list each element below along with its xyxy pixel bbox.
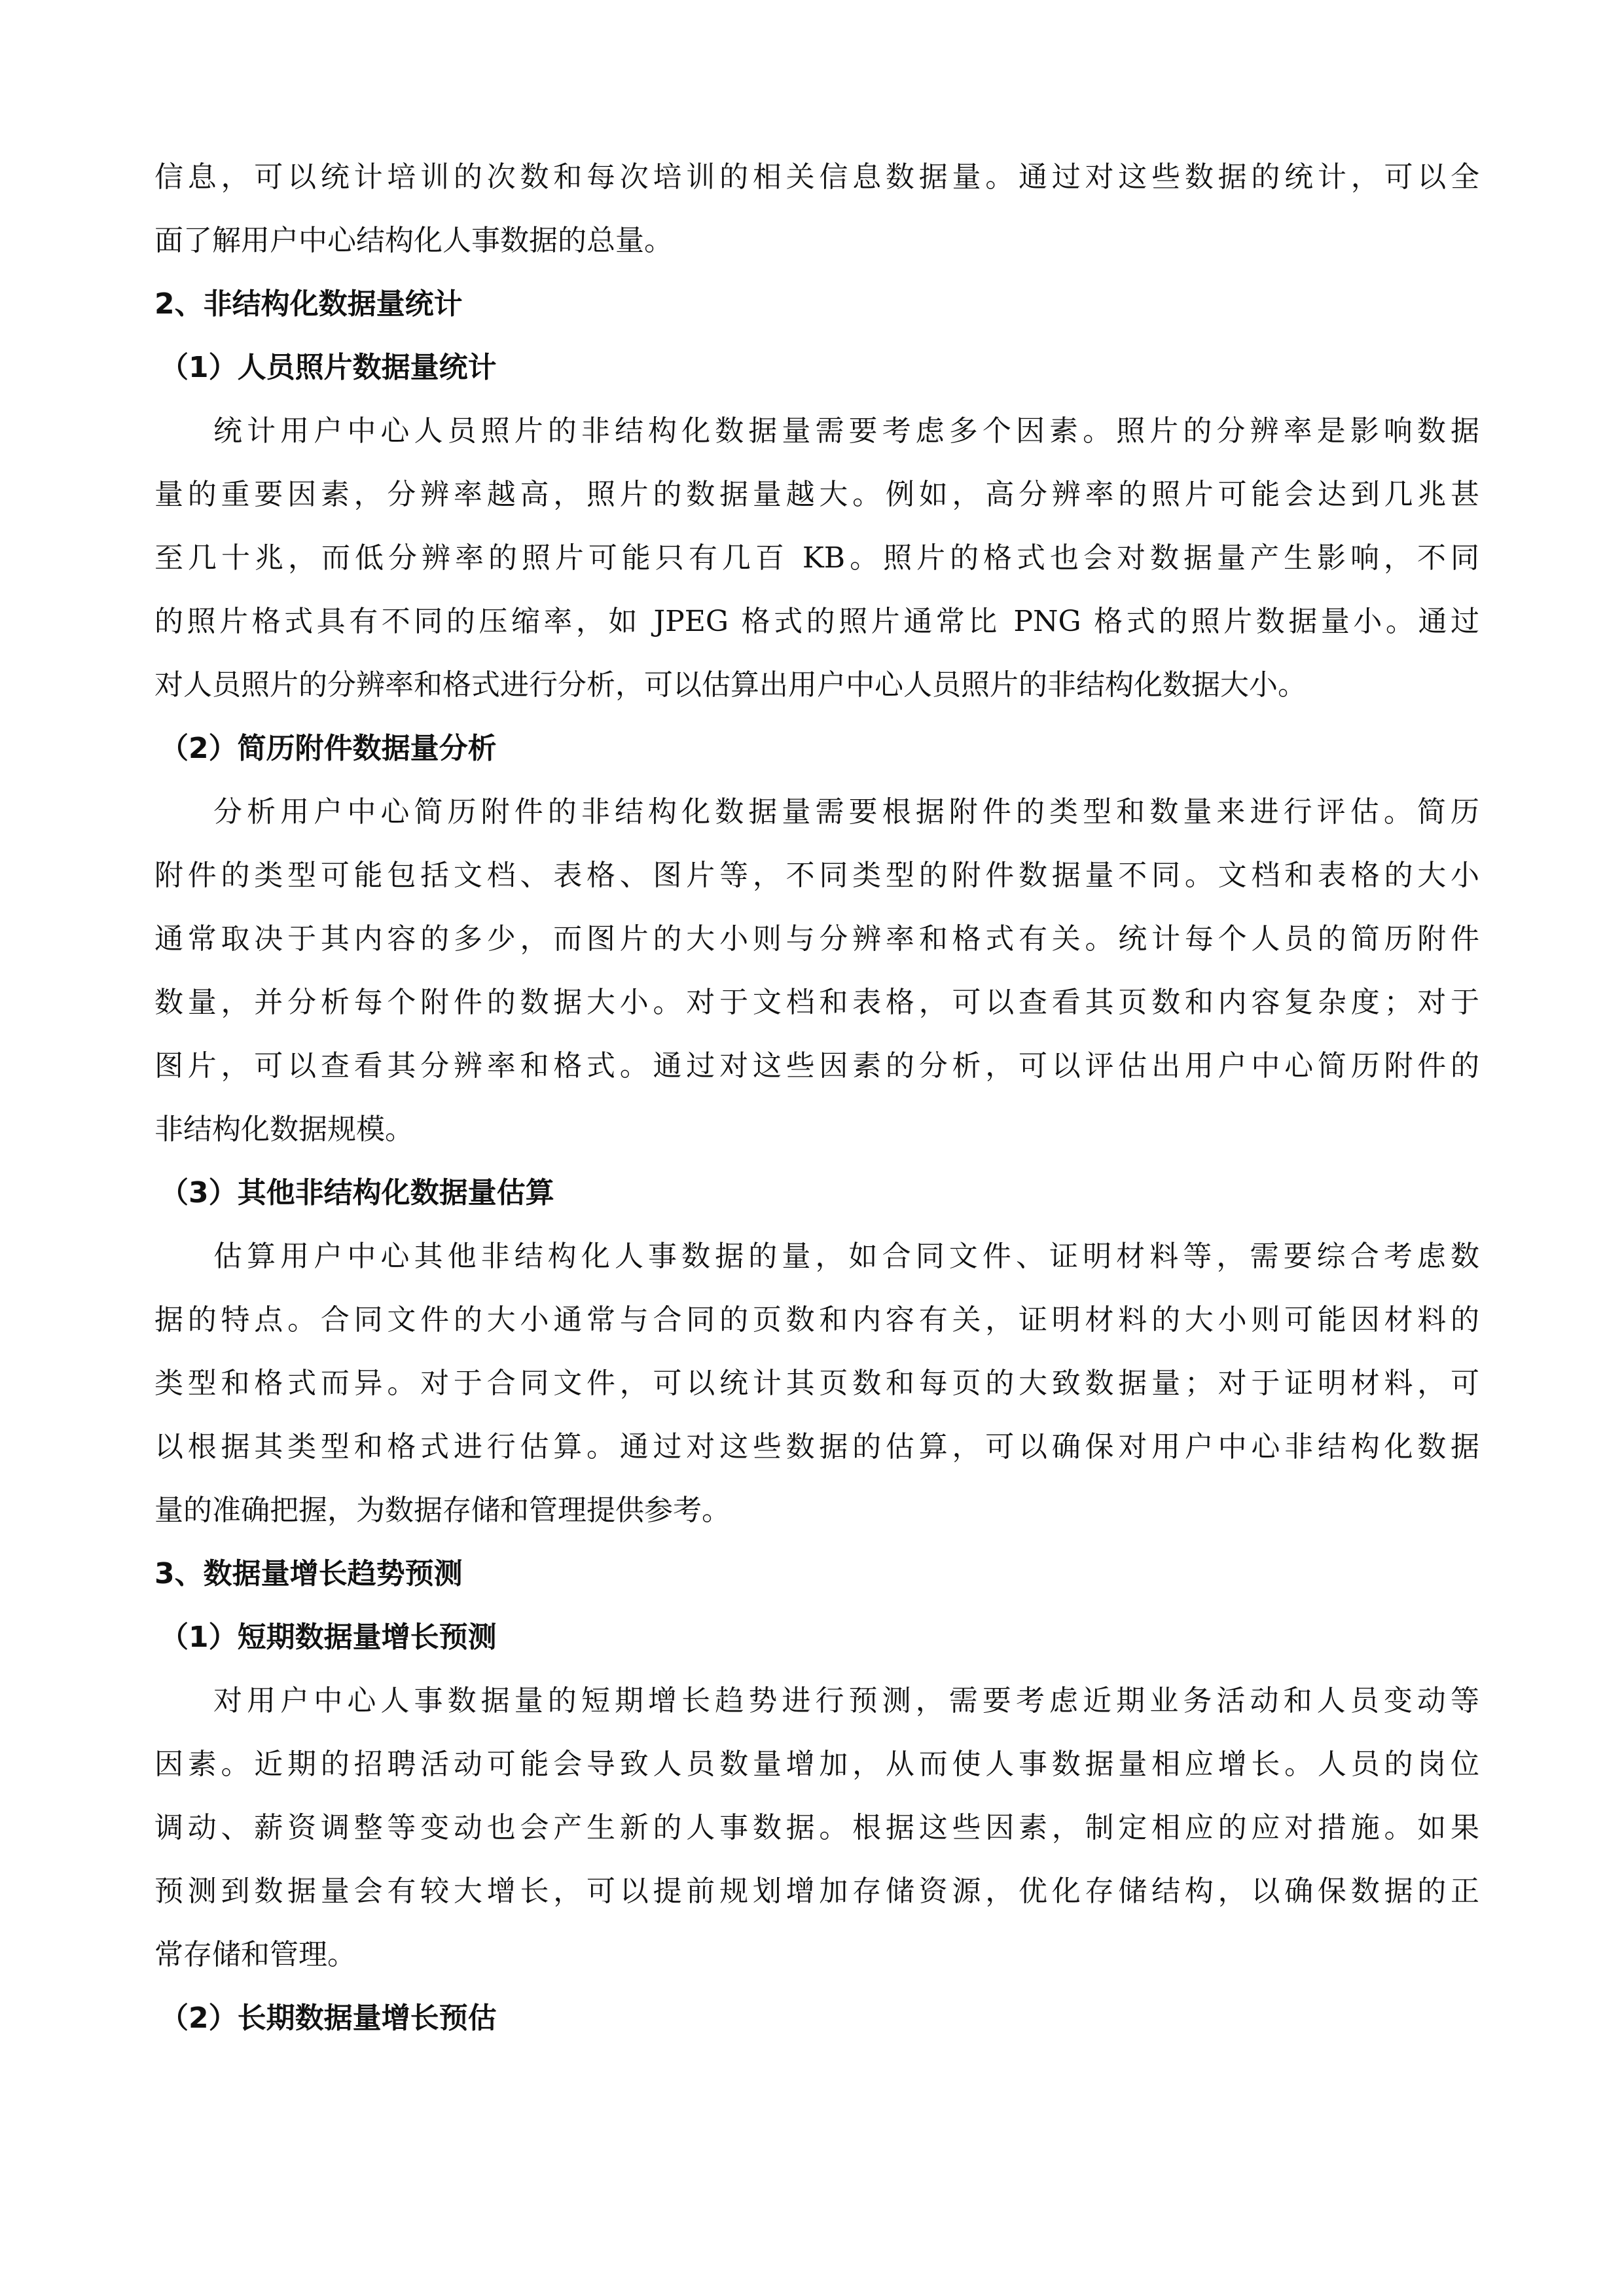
text-line: 对用户中心人事数据量的短期增长趋势进行预测，需要考虑近期业务活动和人员变动等 [154,1669,1479,1732]
text-line: 量的准确把握，为数据存储和管理提供参考。 [154,1479,1479,1542]
paragraph-other-unstructured-data: 估算用户中心其他非结构化人事数据的量，如合同文件、证明材料等，需要综合考虑数 据… [154,1225,1479,1542]
subheading-resume-attachments: （2）简历附件数据量分析 [154,717,1479,780]
paragraph-resume-attachments: 分析用户中心简历附件的非结构化数据量需要根据附件的类型和数量来进行评估。简历 附… [154,780,1479,1161]
subheading-long-term-growth: （2）长期数据量增长预估 [154,1986,1479,2050]
text-line: 调动、薪资调整等变动也会产生新的人事数据。根据这些因素，制定相应的应对措施。如果 [154,1796,1479,1859]
subheading-photo-data: （1）人员照片数据量统计 [154,336,1479,399]
text-line: 常存储和管理。 [154,1923,1479,1986]
subheading-other-unstructured-data: （3）其他非结构化数据量估算 [154,1161,1479,1225]
text-line: 据的特点。合同文件的大小通常与合同的页数和内容有关，证明材料的大小则可能因材料的 [154,1288,1479,1352]
text-line: 分析用户中心简历附件的非结构化数据量需要根据附件的类型和数量来进行评估。简历 [154,780,1479,844]
text-line: 附件的类型可能包括文档、表格、图片等，不同类型的附件数据量不同。文档和表格的大小 [154,844,1479,907]
text-line: 类型和格式而异。对于合同文件，可以统计其页数和每页的大致数据量；对于证明材料，可 [154,1352,1479,1415]
text-line: 对人员照片的分辨率和格式进行分析，可以估算出用户中心人员照片的非结构化数据大小。 [154,653,1479,717]
text-line: 非结构化数据规模。 [154,1098,1479,1161]
section-heading-unstructured-data: 2、非结构化数据量统计 [154,272,1479,336]
text-line: 量的重要因素，分辨率越高，照片的数据量越大。例如，高分辨率的照片可能会达到几兆甚 [154,463,1479,526]
text-line: 至几十兆，而低分辨率的照片可能只有几百 KB。照片的格式也会对数据量产生影响，不… [154,526,1479,590]
text-line: 信息，可以统计培训的次数和每次培训的相关信息数据量。通过对这些数据的统计，可以全 [154,145,1479,209]
paragraph-photo-data: 统计用户中心人员照片的非结构化数据量需要考虑多个因素。照片的分辨率是影响数据 量… [154,399,1479,717]
text-line: 因素。近期的招聘活动可能会导致人员数量增加，从而使人事数据量相应增长。人员的岗位 [154,1732,1479,1796]
section-heading-growth-forecast: 3、数据量增长趋势预测 [154,1542,1479,1605]
document-page: 信息，可以统计培训的次数和每次培训的相关信息数据量。通过对这些数据的统计，可以全… [154,145,1479,2050]
text-line: 以根据其类型和格式进行估算。通过对这些数据的估算，可以确保对用户中心非结构化数据 [154,1415,1479,1479]
text-line: 估算用户中心其他非结构化人事数据的量，如合同文件、证明材料等，需要综合考虑数 [154,1225,1479,1288]
subheading-short-term-growth: （1）短期数据量增长预测 [154,1605,1479,1669]
text-line: 面了解用户中心结构化人事数据的总量。 [154,209,1479,272]
text-line: 的照片格式具有不同的压缩率，如 JPEG 格式的照片通常比 PNG 格式的照片数… [154,590,1479,653]
text-line: 统计用户中心人员照片的非结构化数据量需要考虑多个因素。照片的分辨率是影响数据 [154,399,1479,463]
text-line: 数量，并分析每个附件的数据大小。对于文档和表格，可以查看其页数和内容复杂度；对于 [154,971,1479,1034]
text-line: 预测到数据量会有较大增长，可以提前规划增加存储资源，优化存储结构，以确保数据的正 [154,1859,1479,1923]
paragraph-short-term-growth: 对用户中心人事数据量的短期增长趋势进行预测，需要考虑近期业务活动和人员变动等 因… [154,1669,1479,1986]
text-line: 通常取决于其内容的多少，而图片的大小则与分辨率和格式有关。统计每个人员的简历附件 [154,907,1479,971]
paragraph-structured-data-summary: 信息，可以统计培训的次数和每次培训的相关信息数据量。通过对这些数据的统计，可以全… [154,145,1479,272]
text-line: 图片，可以查看其分辨率和格式。通过对这些因素的分析，可以评估出用户中心简历附件的 [154,1034,1479,1098]
